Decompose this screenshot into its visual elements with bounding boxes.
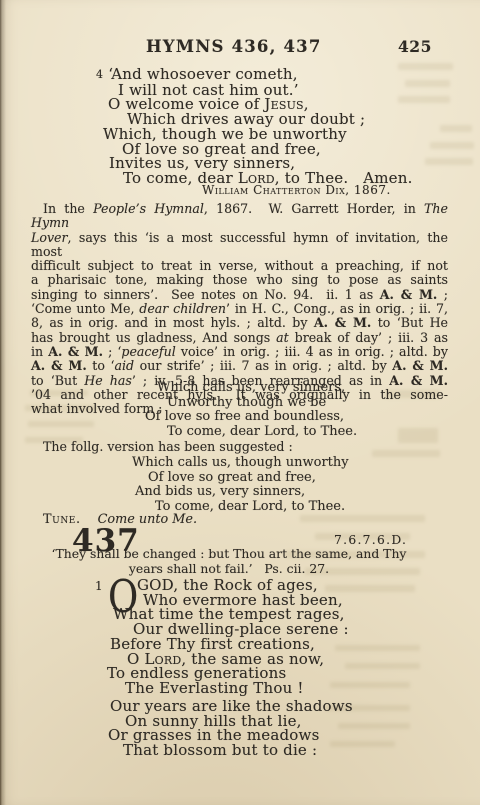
text-line: That blossom but to die : <box>123 743 353 758</box>
text-line: a pharisaic tone, making those who sing … <box>31 273 448 287</box>
stanza-lines: GOD, the Rock of ages,Who evermore hast … <box>110 578 349 696</box>
text-line: singing to sinners’. See notes on No. 94… <box>31 288 448 302</box>
show-through-smudge <box>28 421 94 427</box>
page-title: HYMNS 436, 437 <box>146 37 322 56</box>
text-line: has brought us gladness, And songs at br… <box>31 331 448 345</box>
stanza-number: 1 <box>95 579 103 594</box>
show-through-smudge <box>300 515 425 522</box>
text-line: And bids us, very sinners, <box>135 485 349 500</box>
show-through-smudge <box>440 125 472 132</box>
scanned-book-page: HYMNS 436, 437 425 4‘And whosoever comet… <box>0 0 480 805</box>
text-line: Which calls us, though unworthy <box>132 456 349 471</box>
author-attribution: William Chatterton Dix, 1867. <box>202 183 391 197</box>
show-through-smudge <box>430 142 474 149</box>
suggested-version-quatrain: Which calls us, though unworthyOf love s… <box>132 456 349 514</box>
dropcap-letter-O: O <box>108 574 138 619</box>
hymn-437-stanza-1: 1 O GOD, the Rock of ages,Who evermore h… <box>110 578 349 696</box>
hymn-437-epigraph: ‘They shall be changed : but Thou art th… <box>33 547 425 576</box>
text-line: Of love so great and free, <box>148 471 349 486</box>
show-through-smudge <box>345 663 420 669</box>
text-line: A. & M. to ‘aid our strife’ ; iii. 7 as … <box>31 359 448 373</box>
text-line: In the People’s Hymnal, 1867. W. Garrett… <box>31 202 448 231</box>
text-line: Of love so free and boundless, <box>145 410 357 425</box>
text-line: in A. & M. ; ‘peaceful voice’ in orig. ;… <box>31 345 448 359</box>
hymn-437-stanza-2: Our years are like the shadowsOn sunny h… <box>110 699 353 758</box>
text-line: The Everlasting Thou ! <box>125 681 349 696</box>
show-through-smudge <box>425 158 473 165</box>
text-line: ‘They shall be changed : but Thou art th… <box>33 547 425 562</box>
text-line: To come, dear Lord, to Thee. <box>167 425 357 440</box>
page-number: 425 <box>398 37 432 56</box>
text-line: 8, as in orig. and in most hyls. ; altd.… <box>31 316 448 330</box>
text-line: ‘Come unto Me, dear children’ in H. C., … <box>31 302 448 316</box>
text-line: difficult subject to treat in verse, wit… <box>31 259 448 273</box>
hymn-437-meter: 7.6.7.6.D. <box>334 533 407 547</box>
text-line: Lover, says this ‘is a most successful h… <box>31 231 448 260</box>
text-line: Unworthy though we be <box>167 396 357 411</box>
text-line: Which calls us, very sinners, <box>157 381 357 396</box>
suggested-version-intro: The follg. version has been suggested : <box>31 439 448 454</box>
hymn436-verse4: 4‘And whosoever cometh,I will not cast h… <box>96 67 413 186</box>
text-line: years shall not fail.’ Ps. cii. 27. <box>33 562 425 577</box>
original-form-quatrain: Which calls us, very sinners,Unworthy th… <box>145 381 357 439</box>
